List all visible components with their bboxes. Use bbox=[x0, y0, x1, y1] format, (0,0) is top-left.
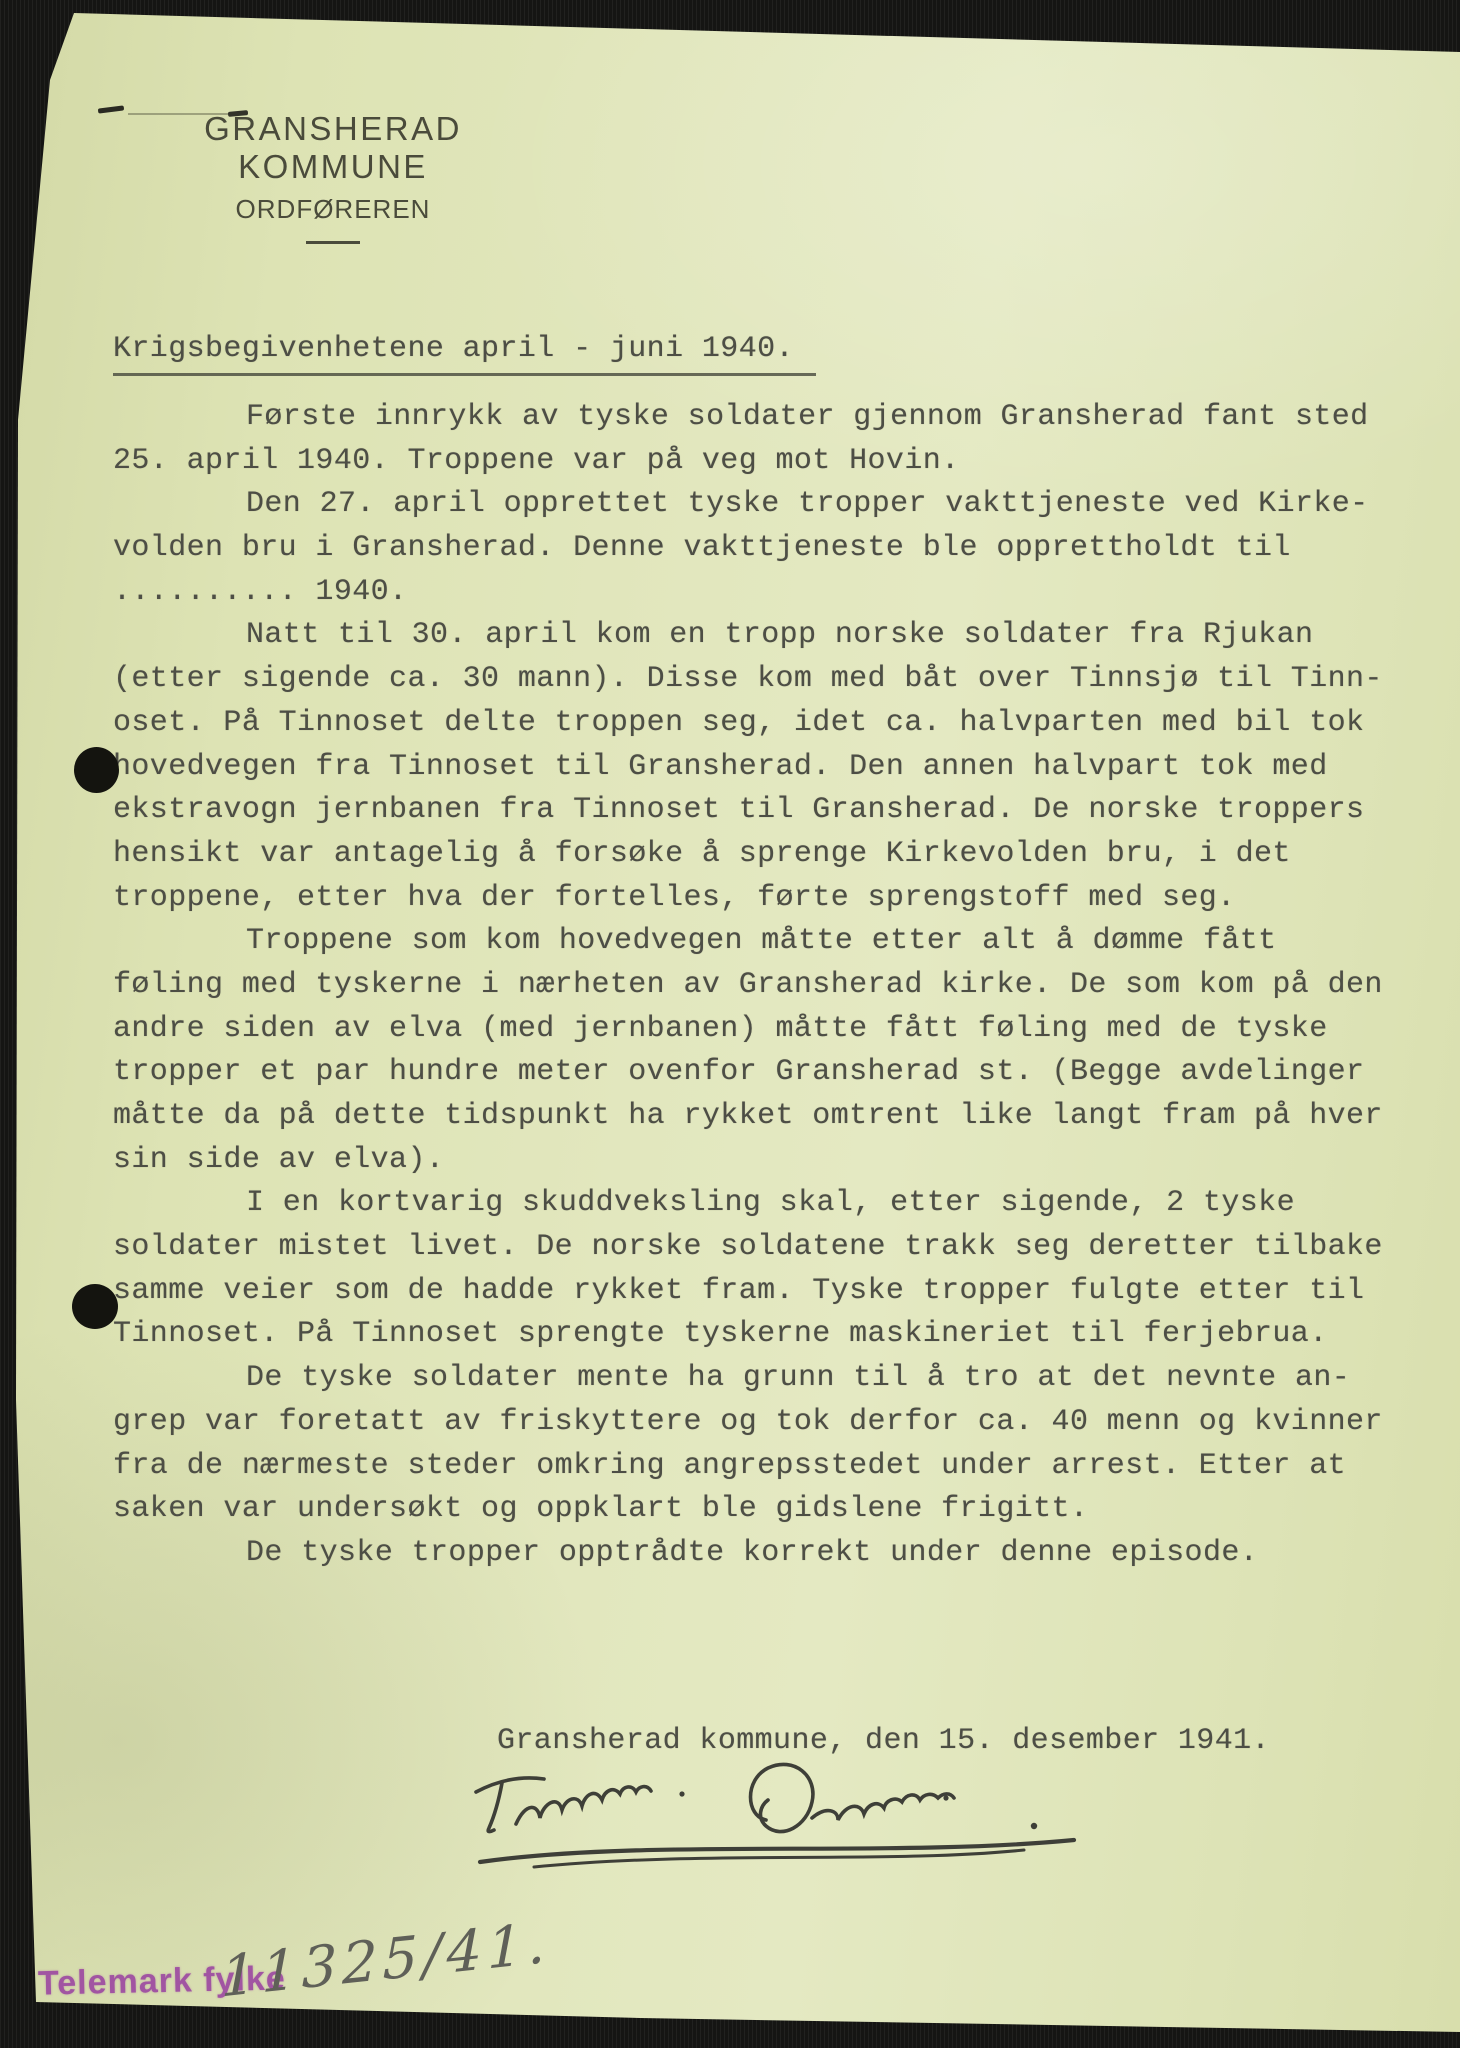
body-line: .......... 1940. bbox=[113, 571, 1413, 615]
document-body: Første innrykk av tyske soldater gjennom… bbox=[113, 396, 1413, 1576]
body-line: De tyske tropper opptrådte korrekt under… bbox=[113, 1532, 1413, 1576]
body-line: fra de nærmeste steder omkring angrepsst… bbox=[113, 1445, 1413, 1489]
punch-hole-bottom bbox=[72, 1284, 118, 1329]
document-title: Krigsbegivenhetene april - juni 1940. bbox=[113, 332, 816, 376]
body-line: tropper et par hundre meter ovenfor Gran… bbox=[113, 1051, 1413, 1095]
letterhead-organization: GRANSHERAD KOMMUNE bbox=[113, 110, 553, 186]
body-line: soldater mistet livet. De norske soldate… bbox=[113, 1226, 1413, 1270]
body-line: troppene, etter hva der fortelles, førte… bbox=[113, 877, 1413, 921]
paragraph: I en kortvarig skuddveksling skal, etter… bbox=[113, 1182, 1413, 1357]
handwritten-signature bbox=[468, 1752, 1108, 1887]
body-line: De tyske soldater mente ha grunn til å t… bbox=[113, 1357, 1413, 1401]
body-line: Første innrykk av tyske soldater gjennom… bbox=[113, 396, 1413, 440]
body-line: grep var foretatt av friskyttere og tok … bbox=[113, 1401, 1413, 1445]
letterhead: GRANSHERAD KOMMUNE ORDFØREREN bbox=[113, 110, 553, 244]
paragraph: Den 27. april opprettet tyske tropper va… bbox=[113, 483, 1413, 614]
archive-number-handwritten: 11325/41. bbox=[221, 1911, 550, 2011]
body-line: Troppene som kom hovedvegen måtte etter … bbox=[113, 920, 1413, 964]
paragraph: De tyske tropper opptrådte korrekt under… bbox=[113, 1532, 1413, 1576]
letterhead-rule bbox=[306, 241, 360, 244]
body-line: andre siden av elva (med jernbanen) mått… bbox=[113, 1008, 1413, 1052]
body-line: I en kortvarig skuddveksling skal, etter… bbox=[113, 1182, 1413, 1226]
body-line: Den 27. april opprettet tyske tropper va… bbox=[113, 483, 1413, 527]
body-line: føling med tyskerne i nærheten av Gransh… bbox=[113, 964, 1413, 1008]
scanned-page: GRANSHERAD KOMMUNE ORDFØREREN Krigsbegiv… bbox=[0, 0, 1460, 2048]
body-line: hensikt var antagelig å forsøke å spreng… bbox=[113, 833, 1413, 877]
paragraph: De tyske soldater mente ha grunn til å t… bbox=[113, 1357, 1413, 1532]
body-line: volden bru i Gransherad. Denne vakttjene… bbox=[113, 527, 1413, 571]
body-line: sin side av elva). bbox=[113, 1139, 1413, 1183]
letterhead-office: ORDFØREREN bbox=[113, 194, 553, 225]
punch-hole-top bbox=[74, 747, 119, 793]
paragraph: Første innrykk av tyske soldater gjennom… bbox=[113, 396, 1413, 483]
body-line: (etter sigende ca. 30 mann). Disse kom m… bbox=[113, 658, 1413, 702]
body-line: Tinnoset. På Tinnoset sprengte tyskerne … bbox=[113, 1313, 1413, 1357]
paragraph: Natt til 30. april kom en tropp norske s… bbox=[113, 614, 1413, 920]
body-line: måtte da på dette tidspunkt ha rykket om… bbox=[113, 1095, 1413, 1139]
body-line: 25. april 1940. Troppene var på veg mot … bbox=[113, 440, 1413, 484]
body-line: samme veier som de hadde rykket fram. Ty… bbox=[113, 1270, 1413, 1314]
paragraph: Troppene som kom hovedvegen måtte etter … bbox=[113, 920, 1413, 1182]
body-line: Natt til 30. april kom en tropp norske s… bbox=[113, 614, 1413, 658]
body-line: hovedvegen fra Tinnoset til Gransherad. … bbox=[113, 746, 1413, 790]
body-line: oset. På Tinnoset delte troppen seg, ide… bbox=[113, 702, 1413, 746]
body-line: ekstravogn jernbanen fra Tinnoset til Gr… bbox=[113, 789, 1413, 833]
body-line: saken var undersøkt og oppklart ble gids… bbox=[113, 1488, 1413, 1532]
